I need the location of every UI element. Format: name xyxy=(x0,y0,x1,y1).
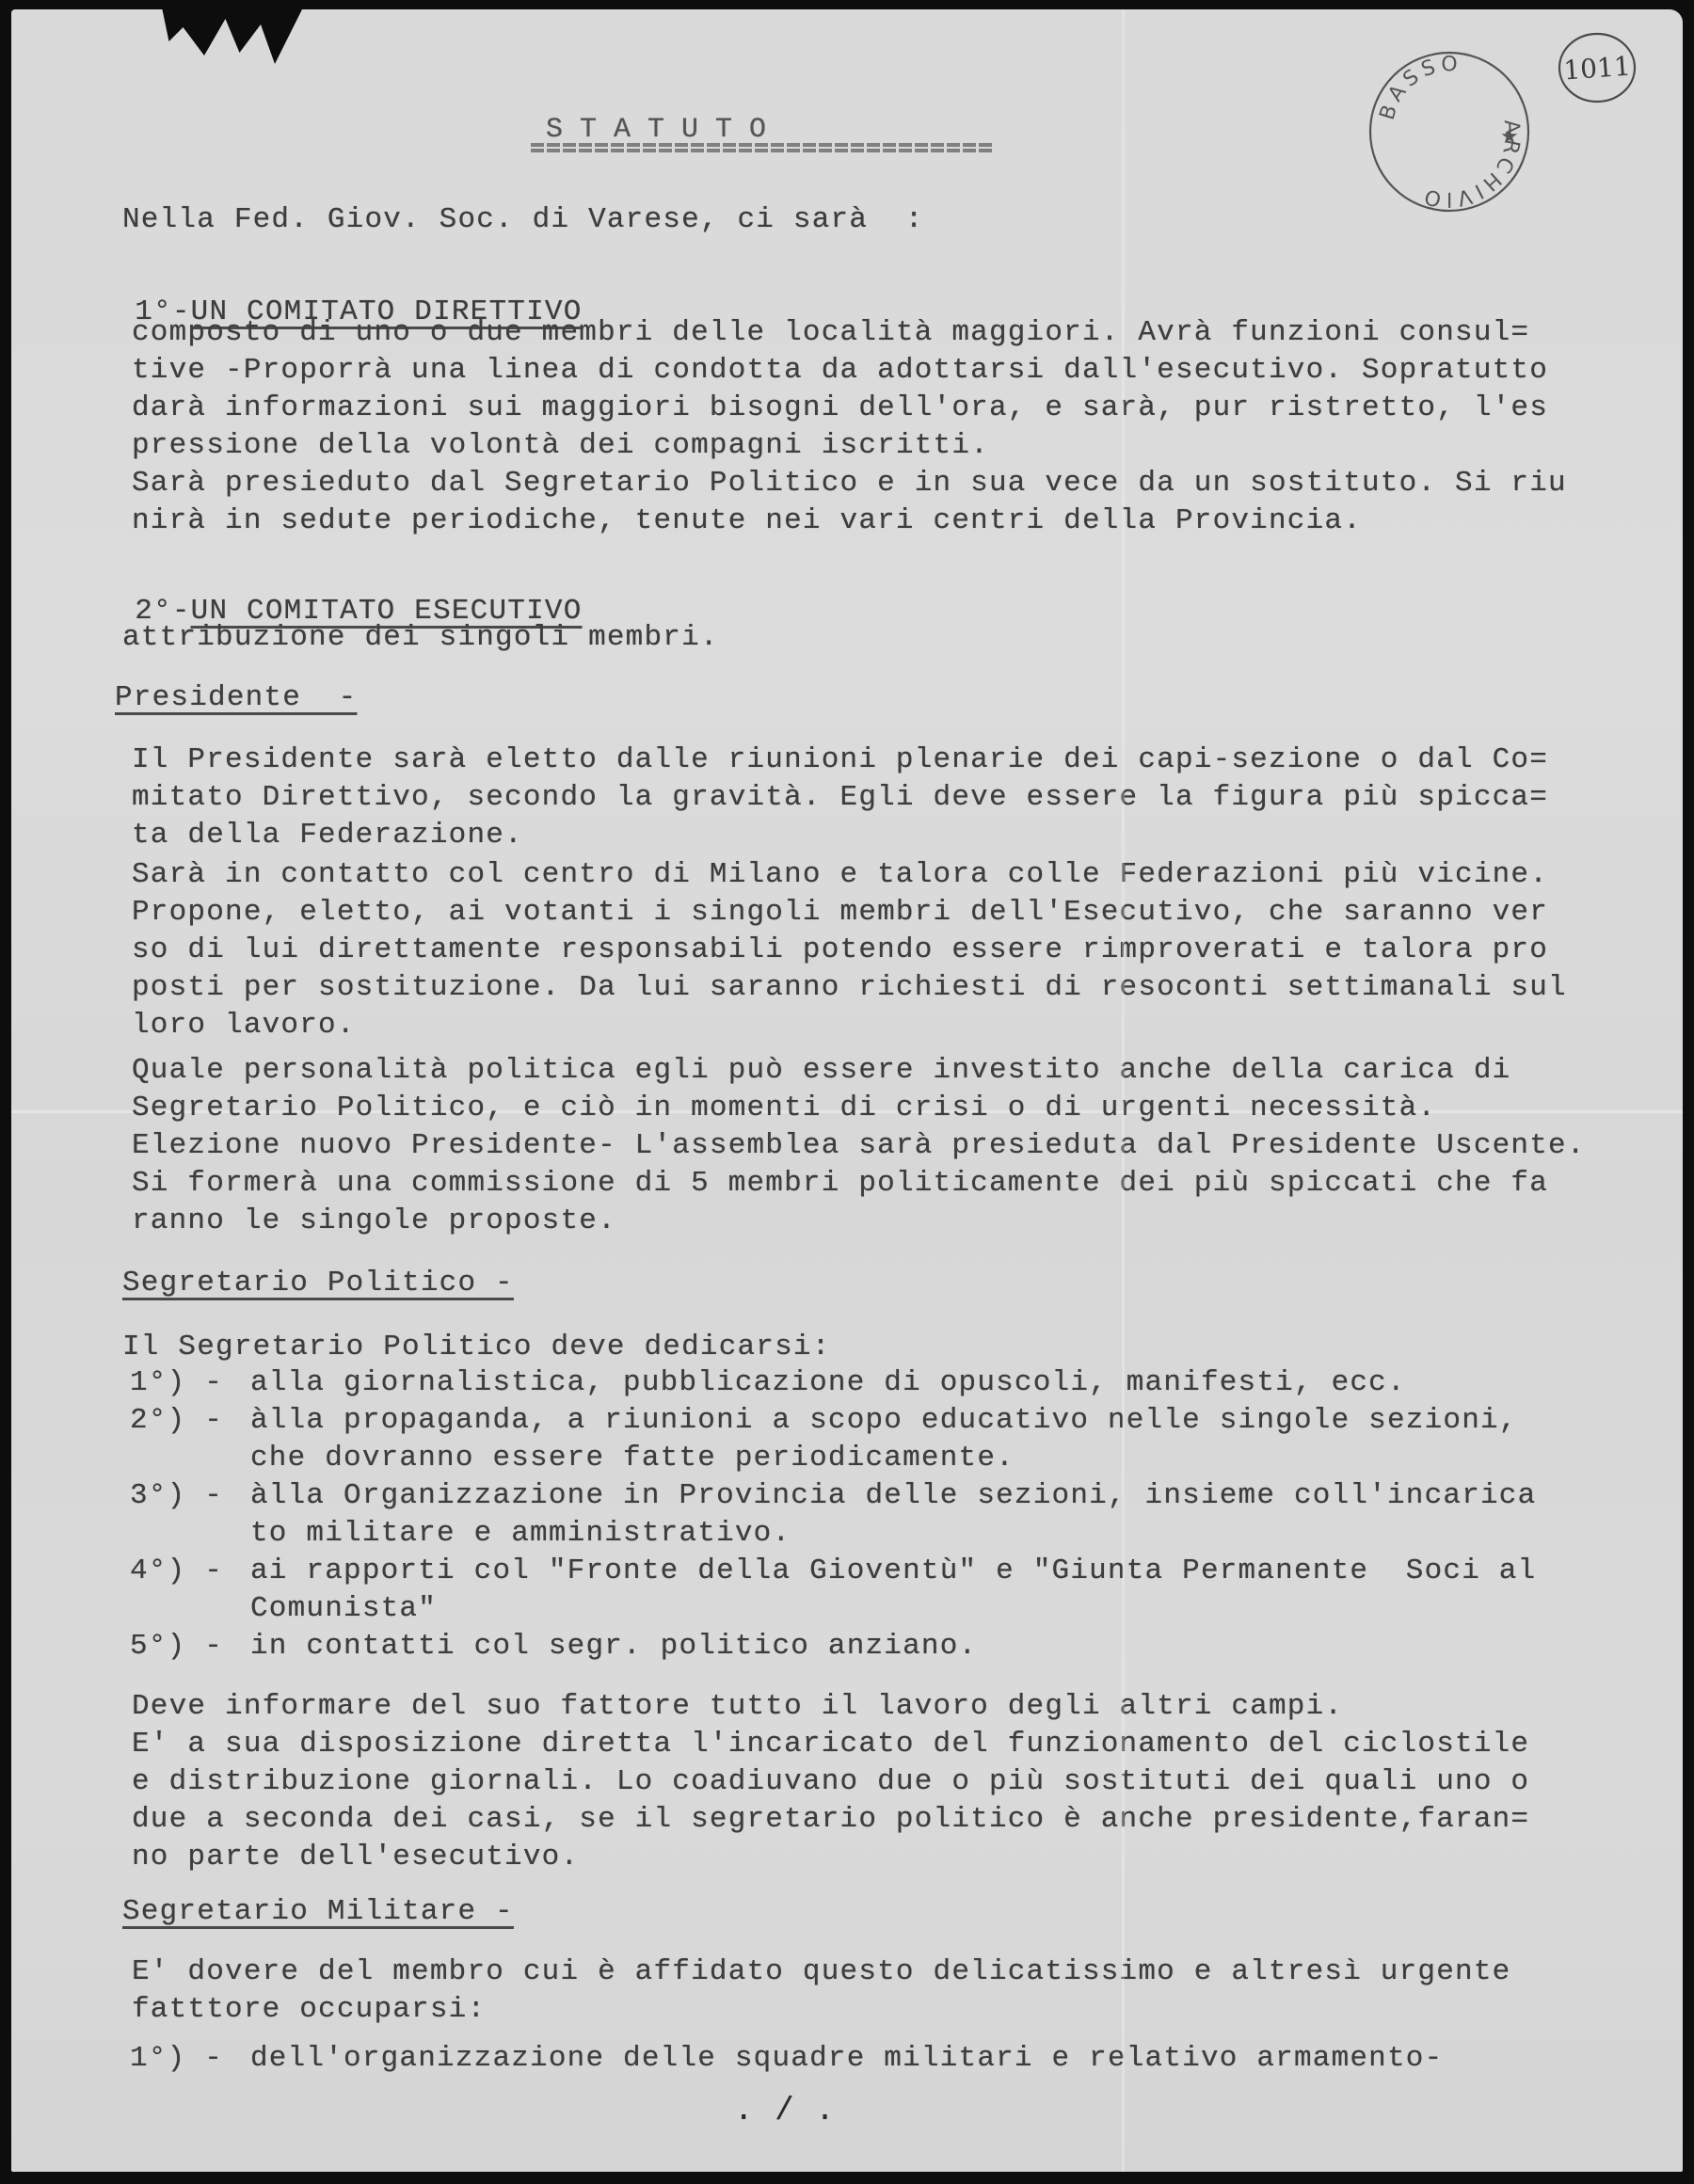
list-item-number: 5°) - xyxy=(130,1628,223,1666)
text-line: tive -Proporrà una linea di condotta da … xyxy=(132,352,1548,390)
list-item-text: àlla propaganda, a riunioni a scopo educ… xyxy=(250,1402,1518,1440)
svg-text:BASSO: BASSO xyxy=(1376,53,1462,122)
list-item-number: 4°) - xyxy=(130,1553,223,1590)
list-item-text: ai rapporti col "Fronte della Gioventù" … xyxy=(250,1553,1536,1590)
text-line: due a seconda dei casi, se il segretario… xyxy=(132,1801,1529,1839)
text-line: no parte dell'esecutivo. xyxy=(132,1839,579,1876)
star-icon: ★ xyxy=(1500,125,1519,149)
text-line: posti per sostituzione. Da lui saranno r… xyxy=(132,969,1567,1007)
text-line: nirà in sedute periodiche, tenute nei va… xyxy=(132,502,1362,540)
torn-corner xyxy=(162,9,303,64)
document-page: S T A T U T O BASSO ARCHIVIO ★ 1011 Nell… xyxy=(11,9,1683,2172)
intro-line: Nella Fed. Giov. Soc. di Varese, ci sarà… xyxy=(122,201,924,239)
segretario-politico-intro: Il Segretario Politico deve dedicarsi: xyxy=(122,1329,831,1366)
text-line: composto di uno o due membri delle local… xyxy=(132,314,1529,352)
list-item-number: 2°) - xyxy=(130,1402,223,1440)
text-line: loro lavoro. xyxy=(132,1007,356,1044)
list-item-text: in contatti col segr. politico anziano. xyxy=(250,1628,977,1666)
archive-stamp: BASSO ARCHIVIO ★ xyxy=(1366,49,1532,215)
continuation-mark: . / . xyxy=(734,2093,836,2130)
segretario-politico-heading: Segretario Politico - xyxy=(122,1265,514,1302)
text-line: Si formerà una commissione di 5 membri p… xyxy=(132,1165,1548,1203)
title-double-underline xyxy=(531,143,994,152)
text-line: Sarà presieduto dal Segretario Politico … xyxy=(132,465,1567,502)
text-line: mitato Direttivo, secondo la gravità. Eg… xyxy=(132,779,1548,817)
presidente-heading: Presidente - xyxy=(115,679,357,717)
text-line: ta della Federazione. xyxy=(132,817,523,854)
text-line: Quale personalità politica egli può esse… xyxy=(132,1052,1510,1090)
segretario-militare-heading: Segretario Militare - xyxy=(122,1893,514,1931)
list-item-number: 1°) - xyxy=(130,1364,223,1402)
list-item-text: dell'organizzazione delle squadre milita… xyxy=(250,2040,1443,2078)
stamp-text-top: BASSO xyxy=(1376,53,1462,122)
list-item-text: to militare e amministrativo. xyxy=(250,1515,791,1553)
text-line: Il Presidente sarà eletto dalle riunioni… xyxy=(132,741,1548,779)
section-2-line: attribuzione dei singoli membri. xyxy=(122,619,719,657)
text-line: Propone, eletto, ai votanti i singoli me… xyxy=(132,894,1548,932)
text-line: Segretario Politico, e ciò in momenti di… xyxy=(132,1090,1436,1127)
text-line: fatttore occuparsi: xyxy=(132,1991,486,2029)
text-line: E' dovere del membro cui è affidato ques… xyxy=(132,1953,1510,1991)
text-line: Sarà in contatto col centro di Milano e … xyxy=(132,856,1548,894)
text-line: e distribuzione giornali. Lo coadiuvano … xyxy=(132,1763,1529,1801)
list-item-text: che dovranno essere fatte periodicamente… xyxy=(250,1440,1015,1477)
handwritten-archive-number: 1011 xyxy=(1555,30,1639,107)
text-line: pressione della volontà dei compagni isc… xyxy=(132,427,989,465)
list-item-text: alla giornalistica, pubblicazione di opu… xyxy=(250,1364,1406,1402)
text-line: Elezione nuovo Presidente- L'assemblea s… xyxy=(132,1127,1586,1165)
text-line: ranno le singole proposte. xyxy=(132,1203,616,1240)
list-item-number: 1°) - xyxy=(130,2040,223,2078)
list-item-text: Comunista" xyxy=(250,1590,437,1628)
list-item-text: àlla Organizzazione in Provincia delle s… xyxy=(250,1477,1536,1515)
text-line: E' a sua disposizione diretta l'incarica… xyxy=(132,1726,1529,1763)
svg-text:1011: 1011 xyxy=(1562,51,1631,87)
text-line: so di lui direttamente responsabili pote… xyxy=(132,932,1548,969)
text-line: Deve informare del suo fattore tutto il … xyxy=(132,1688,1343,1726)
list-item-number: 3°) - xyxy=(130,1477,223,1515)
text-line: darà informazioni sui maggiori bisogni d… xyxy=(132,390,1548,427)
